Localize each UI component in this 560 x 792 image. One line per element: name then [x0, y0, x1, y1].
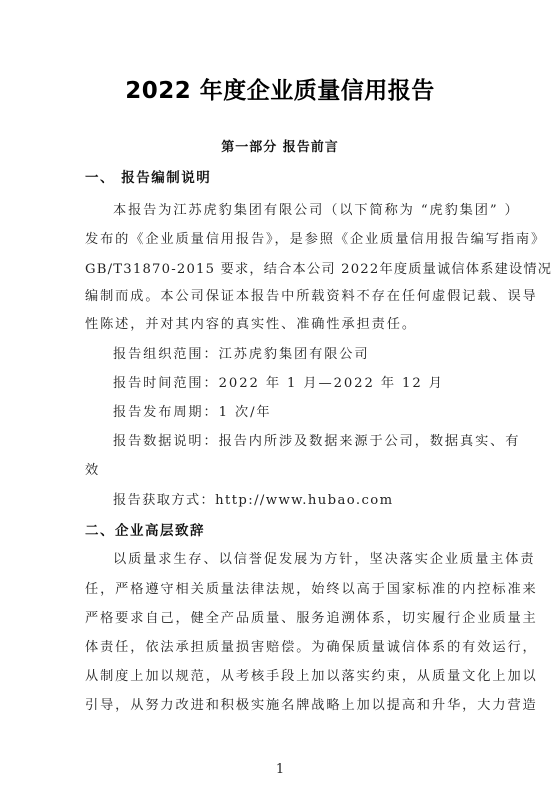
paragraph-line: 严格要求自己，健全产品质量、服务追溯体系，切实履行企业质量主	[85, 610, 477, 628]
info-item-period: 报告时间范围：2022 年 1 月—2022 年 12 月	[113, 375, 505, 393]
paragraph-line: 从制度上加以规范，从考核手段上加以落实约束，从质量文化上加以	[85, 668, 477, 686]
paragraph-line: 编制而成。本公司保证本报告中所载资料不存在任何虚假记载、误导	[85, 288, 477, 306]
info-item-data-note-cont: 效	[85, 462, 477, 480]
info-item-cycle: 报告发布周期：1 次/年	[113, 404, 505, 422]
paragraph-line: 体责任，依法承担质量损害赔偿。为确保质量诚信体系的有效运行，	[85, 639, 477, 657]
document-page: 2022 年度企业质量信用报告 第一部分 报告前言 一、 报告编制说明 本报告为…	[0, 0, 560, 792]
paragraph-line: 性陈述，并对其内容的真实性、准确性承担责任。	[85, 316, 477, 334]
page-number: 1	[0, 761, 560, 779]
paragraph-line: 本报告为江苏虎豹集团有限公司（以下简称为 “虎豹集团” ）	[113, 202, 477, 220]
section-heading-1: 一、 报告编制说明	[85, 169, 211, 187]
paragraph-line: 引导，从努力改进和积极实施名牌战略上加以提高和升华，大力营造	[85, 697, 477, 715]
part-title: 第一部分 报告前言	[0, 139, 560, 157]
paragraph-line: 任，严格遵守相关质量法律法规，始终以高于国家标准的内控标准来	[85, 581, 477, 599]
report-title: 2022 年度企业质量信用报告	[0, 76, 560, 106]
info-item-scope: 报告组织范围：江苏虎豹集团有限公司	[113, 346, 505, 364]
paragraph-line: 以质量求生存、以信誉促发展为方针，坚决落实企业质量主体责	[113, 551, 477, 569]
paragraph-line: 发布的《企业质量信用报告》，是参照《企业质量信用报告编写指南》	[85, 231, 477, 249]
info-item-access-link: 报告获取方式：http://www.hubao.com	[113, 492, 505, 510]
info-item-data-note: 报告数据说明：报告内所涉及数据来源于公司，数据真实、有	[113, 433, 477, 451]
paragraph-line: GB/T31870-2015 要求，结合本公司 2022年度质量诚信体系建设情况	[85, 261, 477, 279]
section-heading-2: 二、企业高层致辞	[85, 522, 205, 540]
